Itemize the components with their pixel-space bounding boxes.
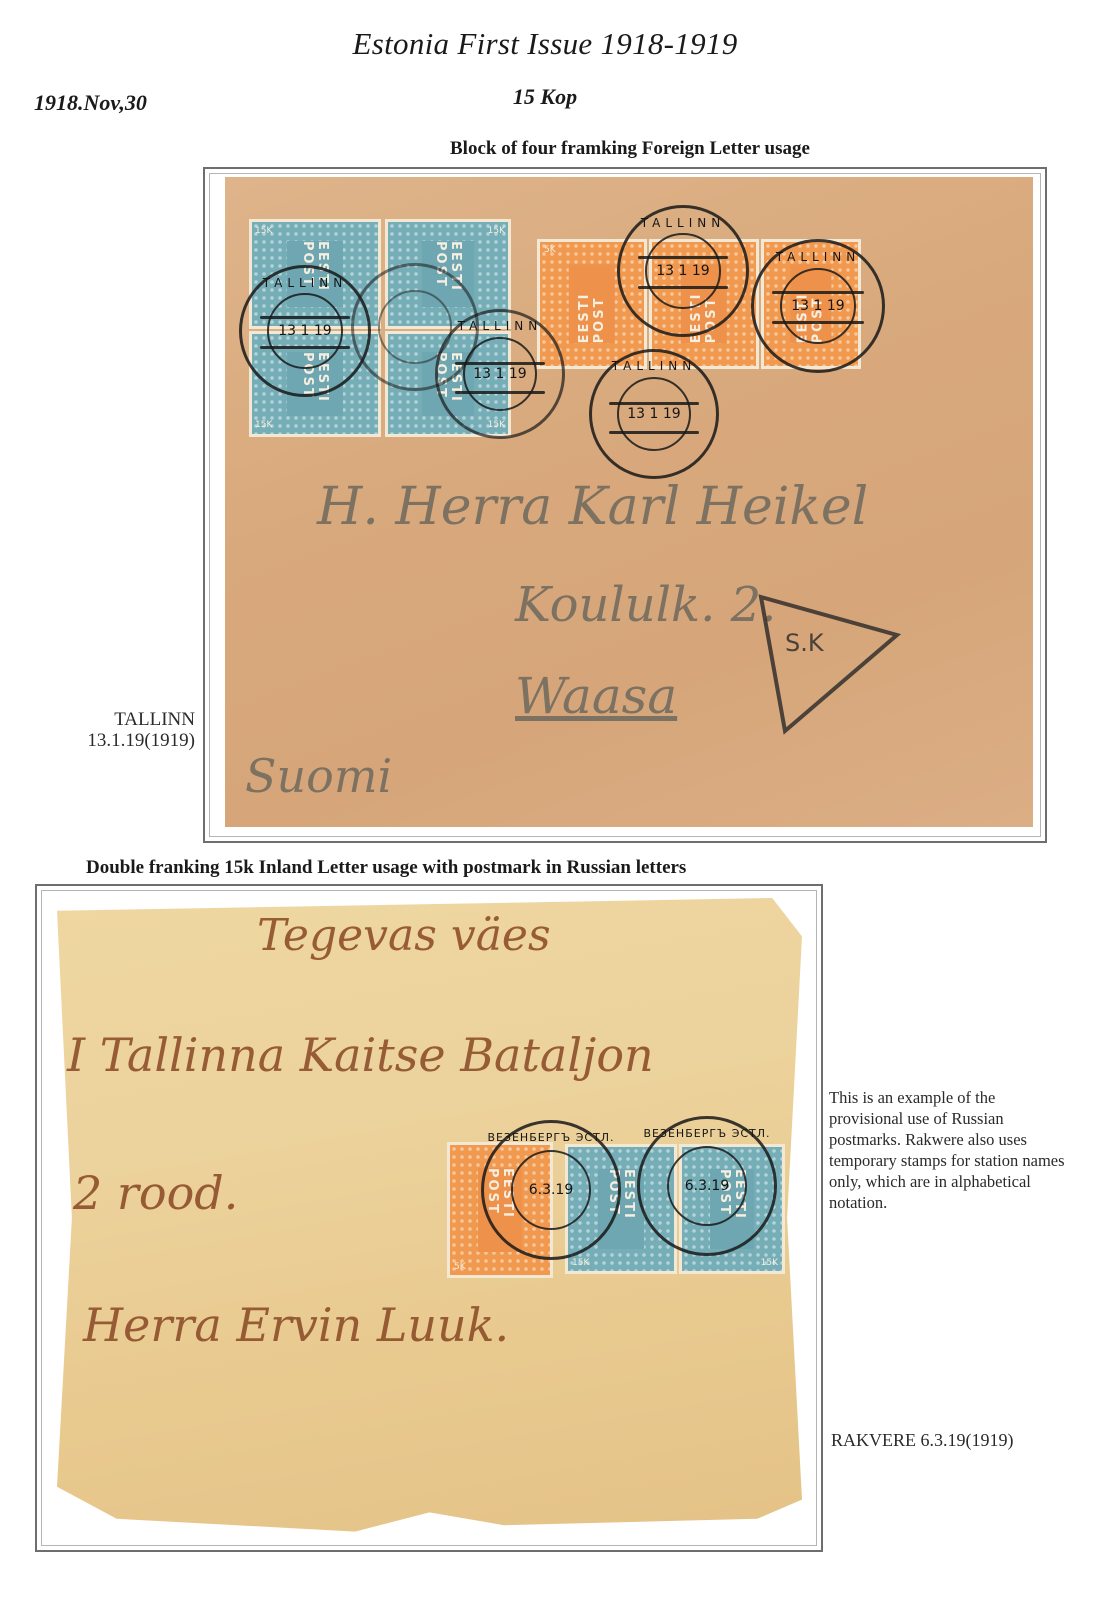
exhibit2-caption: Double franking 15k Inland Letter usage … <box>86 857 686 879</box>
address-line: 2 rood. <box>73 1166 238 1220</box>
address-line: H. Herra Karl Heikel <box>317 477 868 537</box>
exhibit2-cover: Tegevas väes I Tallinna Kaitse Bataljon … <box>57 898 802 1538</box>
note-town: TALLINN <box>60 709 195 730</box>
exhibit2-location: RAKVERE 6.3.19(1919) <box>831 1430 1014 1451</box>
address-line: Suomi <box>245 749 392 803</box>
page-title: Estonia First Issue 1918-1919 <box>0 26 1090 62</box>
issue-date: 1918.Nov,30 <box>34 90 147 116</box>
censor-mark-text: S.K <box>785 629 824 657</box>
postmark: ВЕЗЕНБЕРГЪ ЭСТЛ.6.3.19 <box>637 1116 777 1256</box>
address-line: Tegevas väes <box>257 910 551 961</box>
censor-triangle-mark <box>755 589 905 739</box>
note-date: 13.1.19(1919) <box>60 730 195 751</box>
exhibit1-caption: Block of four framking Foreign Letter us… <box>450 138 810 160</box>
exhibit2-note: This is an example of the provisional us… <box>829 1087 1069 1213</box>
exhibit1-cover: EESTI POST15K EESTI POST15K EESTI POST15… <box>225 177 1033 827</box>
exhibit1-frame: EESTI POST15K EESTI POST15K EESTI POST15… <box>203 167 1047 843</box>
exhibit2-frame: Tegevas väes I Tallinna Kaitse Bataljon … <box>35 884 823 1552</box>
address-line: Waasa <box>515 667 677 725</box>
postmark: TALLINN13 1 19 <box>751 239 885 373</box>
postmark: TALLINN13 1 19 <box>617 205 749 337</box>
address-line: Koululk. 2. <box>515 577 776 633</box>
exhibit1-note: TALLINN 13.1.19(1919) <box>60 709 195 751</box>
postmark: ВЕЗЕНБЕРГЪ ЭСТЛ.6.3.19 <box>481 1120 621 1260</box>
address-line: Herra Ervin Luuk. <box>83 1298 509 1352</box>
address-line: I Tallinna Kaitse Bataljon <box>67 1028 654 1082</box>
page-subtitle: 15 Kop <box>0 84 1090 110</box>
postmark: TALLINN13 1 19 <box>435 309 565 439</box>
postmark: TALLINN13 1 19 <box>589 349 719 479</box>
